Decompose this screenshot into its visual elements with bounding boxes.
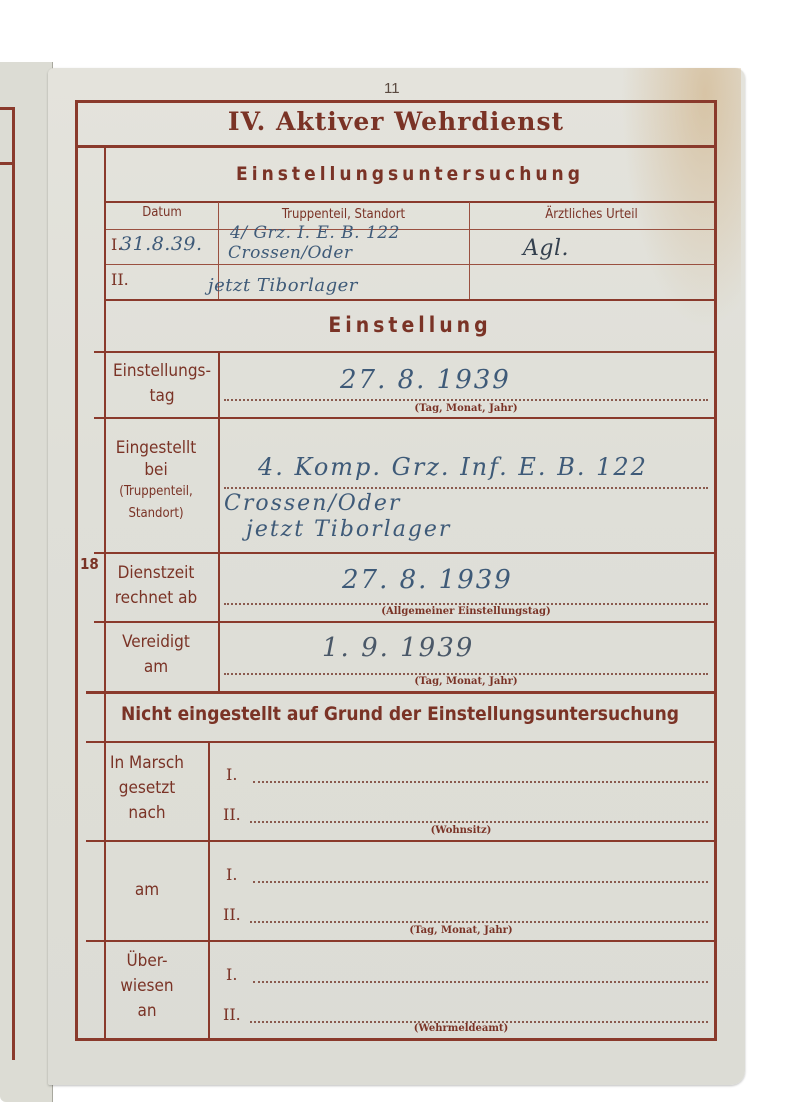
divider bbox=[86, 840, 714, 842]
divider bbox=[94, 552, 714, 554]
line-label-ii: II. bbox=[223, 905, 241, 924]
line-label-ii: II. bbox=[223, 805, 241, 824]
caption: (Wehrmeldeamt) bbox=[208, 1023, 714, 1034]
page-number: 11 bbox=[384, 80, 400, 97]
enlisted-unit-line-1: 4. Komp. Grz. Inf. E. B. 122 bbox=[258, 453, 648, 481]
fill-line bbox=[253, 981, 708, 983]
divider bbox=[94, 417, 714, 419]
enlisted-unit-line-2: Crossen/Oder bbox=[224, 491, 401, 516]
exam-unit-line-3: jetzt Tiborlager bbox=[208, 275, 358, 296]
caption: (Allgemeiner Einstellungstag) bbox=[218, 606, 714, 617]
label-sworn-in: Vereidigt am bbox=[94, 630, 218, 680]
caption: (Tag, Monat, Jahr) bbox=[218, 403, 714, 414]
fill-line bbox=[250, 921, 708, 923]
exam-unit-line-2: Crossen/Oder bbox=[228, 243, 353, 263]
exam-date-value: 31.8.39. bbox=[120, 233, 203, 255]
previous-page-rule bbox=[0, 162, 12, 165]
col-truppenteil: Truppenteil, Standort bbox=[218, 207, 469, 222]
exam-verdict-value: Agl. bbox=[523, 236, 569, 261]
enlistment-day-value: 27. 8. 1939 bbox=[340, 365, 511, 395]
divider bbox=[106, 264, 714, 265]
label-transferred-to: Über- wiesen an bbox=[86, 949, 208, 1024]
label-marched-to: In Marsch gesetzt nach bbox=[86, 751, 208, 826]
previous-page-border bbox=[0, 107, 15, 1060]
fill-line bbox=[224, 487, 708, 489]
document-page: 11 IV. Aktiver Wehrdienst 18 Einstellung… bbox=[48, 68, 745, 1085]
divider bbox=[106, 229, 714, 230]
label-col-divider bbox=[208, 742, 210, 1038]
col-datum: Datum bbox=[106, 205, 218, 220]
divider bbox=[106, 201, 714, 203]
label-enlistment-day: Einstellungs- tag bbox=[106, 359, 218, 409]
col-urteil: Ärztliches Urteil bbox=[469, 207, 714, 222]
divider bbox=[94, 351, 714, 353]
fill-line bbox=[253, 881, 708, 883]
fill-line bbox=[250, 821, 708, 823]
divider bbox=[94, 621, 714, 623]
line-label-i: I. bbox=[226, 765, 237, 784]
service-start-value: 27. 8. 1939 bbox=[342, 565, 513, 595]
form-table: IV. Aktiver Wehrdienst 18 Einstellungsun… bbox=[75, 100, 717, 1041]
form-title: IV. Aktiver Wehrdienst bbox=[78, 107, 714, 136]
fill-line bbox=[224, 603, 708, 605]
line-label-i: I. bbox=[226, 965, 237, 984]
label-service-start: Dienstzeit rechnet ab bbox=[94, 561, 218, 611]
caption: (Tag, Monat, Jahr) bbox=[208, 925, 714, 936]
line-label-i: I. bbox=[226, 865, 237, 884]
divider bbox=[106, 299, 714, 301]
enlistment-header: Einstellung bbox=[106, 313, 714, 337]
caption: (Tag, Monat, Jahr) bbox=[218, 676, 714, 687]
line-label-ii: II. bbox=[223, 1005, 241, 1024]
fill-line bbox=[224, 673, 708, 675]
examination-header: Einstellungsuntersuchung bbox=[106, 163, 714, 185]
previous-page-edge bbox=[0, 62, 53, 1102]
exam-unit-line-1: 4/ Grz. I. E. B. 122 bbox=[230, 223, 400, 243]
label-enlisted-at: Eingestellt bei (Truppenteil, Standort) bbox=[94, 437, 218, 525]
sworn-in-value: 1. 9. 1939 bbox=[322, 633, 474, 663]
enlisted-unit-line-3: jetzt Tiborlager bbox=[246, 517, 451, 542]
label-on-date: am bbox=[86, 878, 208, 903]
not-enlisted-header: Nicht eingestellt auf Grund der Einstell… bbox=[86, 703, 714, 725]
fill-line bbox=[253, 781, 708, 783]
row-label-ii: II. bbox=[111, 270, 129, 289]
divider bbox=[78, 145, 714, 148]
col-divider bbox=[469, 202, 470, 299]
fill-line bbox=[224, 399, 708, 401]
divider bbox=[86, 741, 714, 743]
divider bbox=[86, 940, 714, 942]
divider bbox=[86, 691, 714, 694]
caption: (Wohnsitz) bbox=[208, 825, 714, 836]
